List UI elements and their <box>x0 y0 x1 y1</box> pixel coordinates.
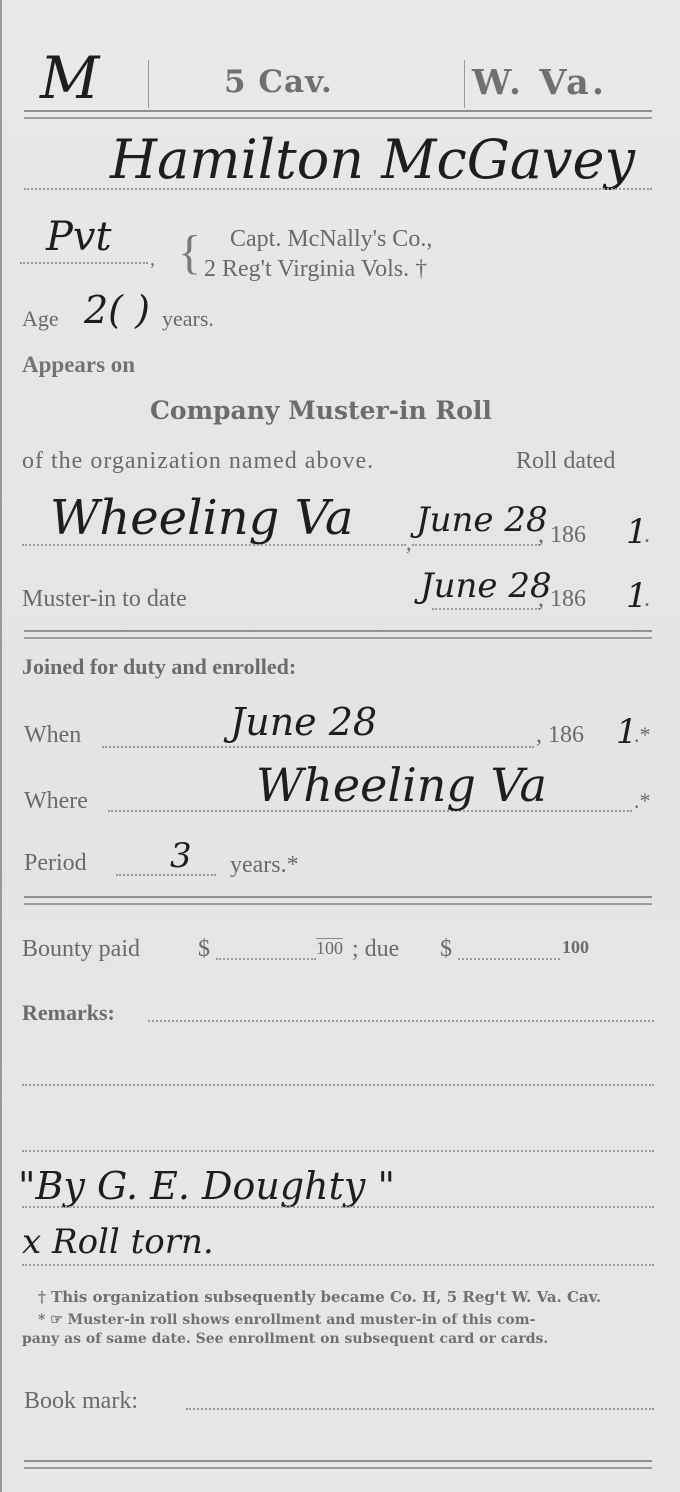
roll-title: Company Muster-in Roll <box>150 396 492 425</box>
footnote-dagger: † This organization subsequently became … <box>38 1288 601 1306</box>
muster-date: June 28 <box>420 566 552 606</box>
bounty-paid-label: Bounty paid <box>22 936 140 963</box>
where-label: Where <box>24 788 88 815</box>
header-rule <box>24 110 652 119</box>
bounty-due-label: ; due <box>352 936 399 963</box>
soldier-name: Hamilton McGavey <box>110 128 635 192</box>
bookmark-label: Book mark: <box>24 1388 138 1415</box>
bounty-paid-line <box>216 958 316 960</box>
roll-place: Wheeling Va <box>50 490 354 546</box>
roll-date: June 28 <box>416 500 548 540</box>
bounty-paid-value: 100 <box>316 938 343 957</box>
rank: Pvt <box>46 214 112 260</box>
where-value: Wheeling Va <box>256 758 547 812</box>
muster-year-prefix: , 186 <box>538 586 586 613</box>
footnote-star-1: * ☞ Muster-in roll shows enrollment and … <box>38 1312 535 1328</box>
period-label: Period <box>24 850 87 877</box>
bounty-due-value: 100 <box>562 938 589 956</box>
bottom-rule <box>24 1460 652 1469</box>
state-label: W. Va. <box>472 62 607 103</box>
roll-dated-label: Roll dated <box>516 448 615 475</box>
remarks-line-4 <box>22 1206 654 1208</box>
where-suffix: .* <box>634 788 651 814</box>
age-suffix: years. <box>162 306 214 332</box>
period-value: 3 <box>170 836 192 876</box>
header-divider-left <box>148 60 149 108</box>
company-line-1: Capt. McNally's Co., <box>230 226 432 253</box>
muster-card: M 5 Cav. W. Va. Hamilton McGavey Pvt , {… <box>0 0 680 1492</box>
rank-line <box>20 262 148 264</box>
when-suffix: .* <box>634 722 651 748</box>
joined-heading: Joined for duty and enrolled: <box>22 654 296 680</box>
age-label: Age <box>22 306 59 332</box>
when-line <box>102 746 534 748</box>
company-line-2: 2 Reg't Virginia Vols. † <box>204 256 427 283</box>
remarks-line-5 <box>22 1264 654 1266</box>
period-line <box>116 874 216 876</box>
footnote-star-2: pany as of same date. See enrollment on … <box>22 1331 548 1347</box>
age-value: 2( ) <box>84 288 150 332</box>
when-value: June 28 <box>230 700 377 744</box>
appears-on-label: Appears on <box>22 352 135 378</box>
of-organization-text: of the organization named above. <box>22 448 374 475</box>
remarks-line-1 <box>148 1020 654 1022</box>
roll-place-line <box>22 544 406 546</box>
muster-date-line <box>432 608 540 610</box>
roll-period: . <box>644 522 650 549</box>
remarks-line-3 <box>22 1150 654 1152</box>
muster-label: Muster-in to date <box>22 586 187 613</box>
bounty-due-currency: $ <box>440 936 452 963</box>
bounty-due-line <box>458 958 560 960</box>
when-label: When <box>24 722 81 749</box>
remarks-signature: "By G. E. Doughty " <box>18 1164 395 1208</box>
bounty-paid-currency: $ <box>198 936 210 963</box>
remarks-note: x Roll torn. <box>22 1222 214 1262</box>
roll-comma: , <box>406 530 412 556</box>
remarks-label: Remarks: <box>22 1000 115 1026</box>
header-divider-right <box>464 60 465 108</box>
bookmark-line <box>186 1408 654 1410</box>
roll-date-line <box>412 544 540 546</box>
rank-comma: , <box>150 248 155 271</box>
remarks-line-2 <box>22 1084 654 1086</box>
period-suffix: years.* <box>230 852 299 879</box>
brace: { <box>178 226 201 280</box>
section-rule-2 <box>24 896 652 905</box>
roll-year-prefix: , 186 <box>538 522 586 549</box>
muster-period: . <box>644 586 650 613</box>
unit-label: 5 Cav. <box>224 64 333 100</box>
section-rule-1 <box>24 630 652 639</box>
when-year-prefix: , 186 <box>536 722 584 749</box>
surname-initial: M <box>40 48 99 108</box>
name-line <box>24 188 652 190</box>
